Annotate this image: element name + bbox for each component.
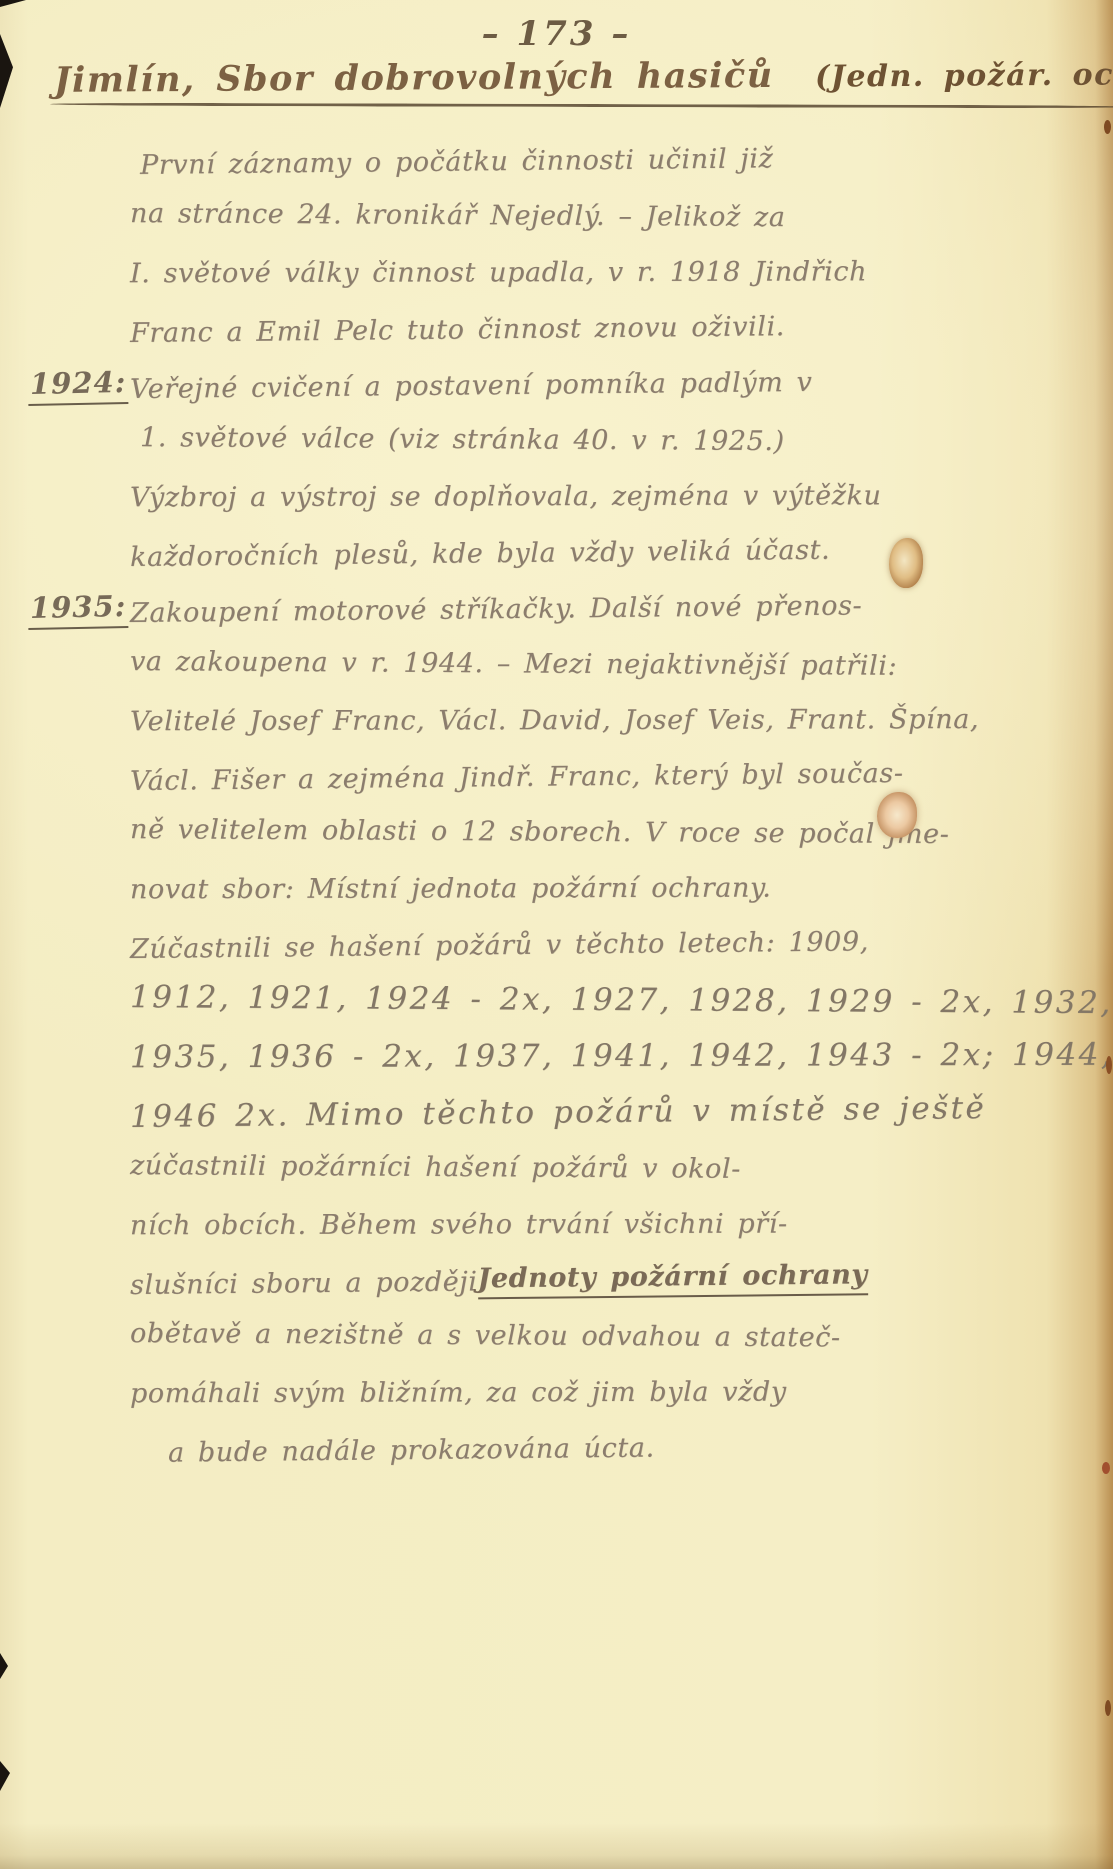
page-heading: Jimlín, Sbor dobrovolných hasičů (Jedn. …: [54, 52, 1113, 101]
entry-year-label: 1924:: [28, 356, 130, 580]
text-line: Výzbroj a výstroj se doplňovala, zejména…: [130, 467, 1087, 526]
text-line: První záznamy o počátku činnosti učinil …: [130, 127, 1088, 193]
text-segment: slušníci sboru a později: [130, 1266, 478, 1301]
text-line: každoročních plesů, kde byla vždy veliká…: [130, 519, 1088, 585]
text-line: Franc a Emil Pelc tuto činnost znovu oži…: [130, 295, 1088, 361]
text-line: pomáhali svým bližním, za což jim byla v…: [130, 1363, 1087, 1422]
page-edge-mark: [0, 1653, 8, 1679]
text-line: 1. světové válce (viz stránka 40. v r. 1…: [130, 409, 1087, 471]
text-line: 1912, 1921, 1924 - 2x, 1927, 1928, 1929 …: [130, 969, 1087, 1031]
entry-lines: První záznamy o počátku činnosti učinil …: [130, 132, 1087, 356]
entry-1935: 1935: Zakoupení motorové stříkačky. Dalš…: [28, 580, 1087, 1476]
chronicle-page: – 173 – Jimlín, Sbor dobrovolných hasičů…: [0, 0, 1113, 1869]
heading-underline: [50, 103, 1113, 109]
entry-intro: První záznamy o počátku činnosti učinil …: [28, 132, 1087, 356]
page-edge-mark: [0, 0, 26, 7]
entry-lines: Zakoupení motorové stříkačky. Další nové…: [130, 580, 1087, 1476]
year-1935: 1935:: [28, 589, 129, 630]
heading-title: Jimlín, Sbor dobrovolných hasičů: [54, 55, 774, 101]
text-line: Veřejné cvičení a postavení pomníka padl…: [130, 351, 1088, 417]
text-line: na stránce 24. kronikář Nejedlý. – Jelik…: [130, 185, 1087, 247]
text-line: ních obcích. Během svého trvání všichni …: [130, 1195, 1087, 1254]
text-line: I. světové války činnost upadla, v r. 19…: [130, 243, 1087, 302]
binding-speck: [1104, 120, 1111, 134]
text-line: novat sbor: Místní jednota požární ochra…: [130, 859, 1087, 918]
page-edge-mark: [0, 1761, 10, 1791]
binding-speck: [1102, 1462, 1110, 1474]
entry-lines: Veřejné cvičení a postavení pomníka padl…: [130, 356, 1087, 580]
text-line: Zúčastnili se hašení požárů v těchto let…: [130, 911, 1088, 977]
page-number: – 173 –: [0, 14, 1113, 54]
text-line: a bude nadále prokazována úcta.: [130, 1415, 1088, 1481]
text-line: ně velitelem oblasti o 12 sborech. V roc…: [130, 801, 1087, 863]
paper-hole: [889, 538, 923, 588]
page-body: První záznamy o počátku činnosti učinil …: [28, 132, 1087, 1476]
underlined-phrase: Jednoty požární ochrany: [477, 1259, 868, 1299]
text-line-with-underline: slušníci sboru a později Jednoty požární…: [130, 1247, 1088, 1313]
text-line: Velitelé Josef Franc, Václ. David, Josef…: [130, 691, 1087, 750]
text-line: 1946 2x. Mimo těchto požárů v místě se j…: [130, 1079, 1088, 1145]
year-1924: 1924:: [28, 365, 129, 406]
text-line: 1935, 1936 - 2x, 1937, 1941, 1942, 1943 …: [130, 1027, 1087, 1086]
entry-year-label: 1935:: [28, 580, 130, 1476]
text-line: zúčastnili požárníci hašení požárů v oko…: [130, 1137, 1087, 1199]
binding-speck: [1106, 1056, 1112, 1074]
paper-hole: [877, 792, 917, 838]
entry-1924: 1924: Veřejné cvičení a postavení pomník…: [28, 356, 1087, 580]
binding-speck: [1105, 1700, 1111, 1716]
text-line: obětavě a nezištně a s velkou odvahou a …: [130, 1305, 1087, 1367]
heading-suffix: (Jedn. požár. och.: [815, 57, 1113, 94]
text-line: Václ. Fišer a zejména Jindř. Franc, kter…: [130, 743, 1088, 809]
entry-year-label: [28, 132, 130, 356]
text-line: va zakoupena v r. 1944. – Mezi nejaktivn…: [130, 633, 1087, 695]
text-line: Zakoupení motorové stříkačky. Další nové…: [130, 575, 1088, 641]
